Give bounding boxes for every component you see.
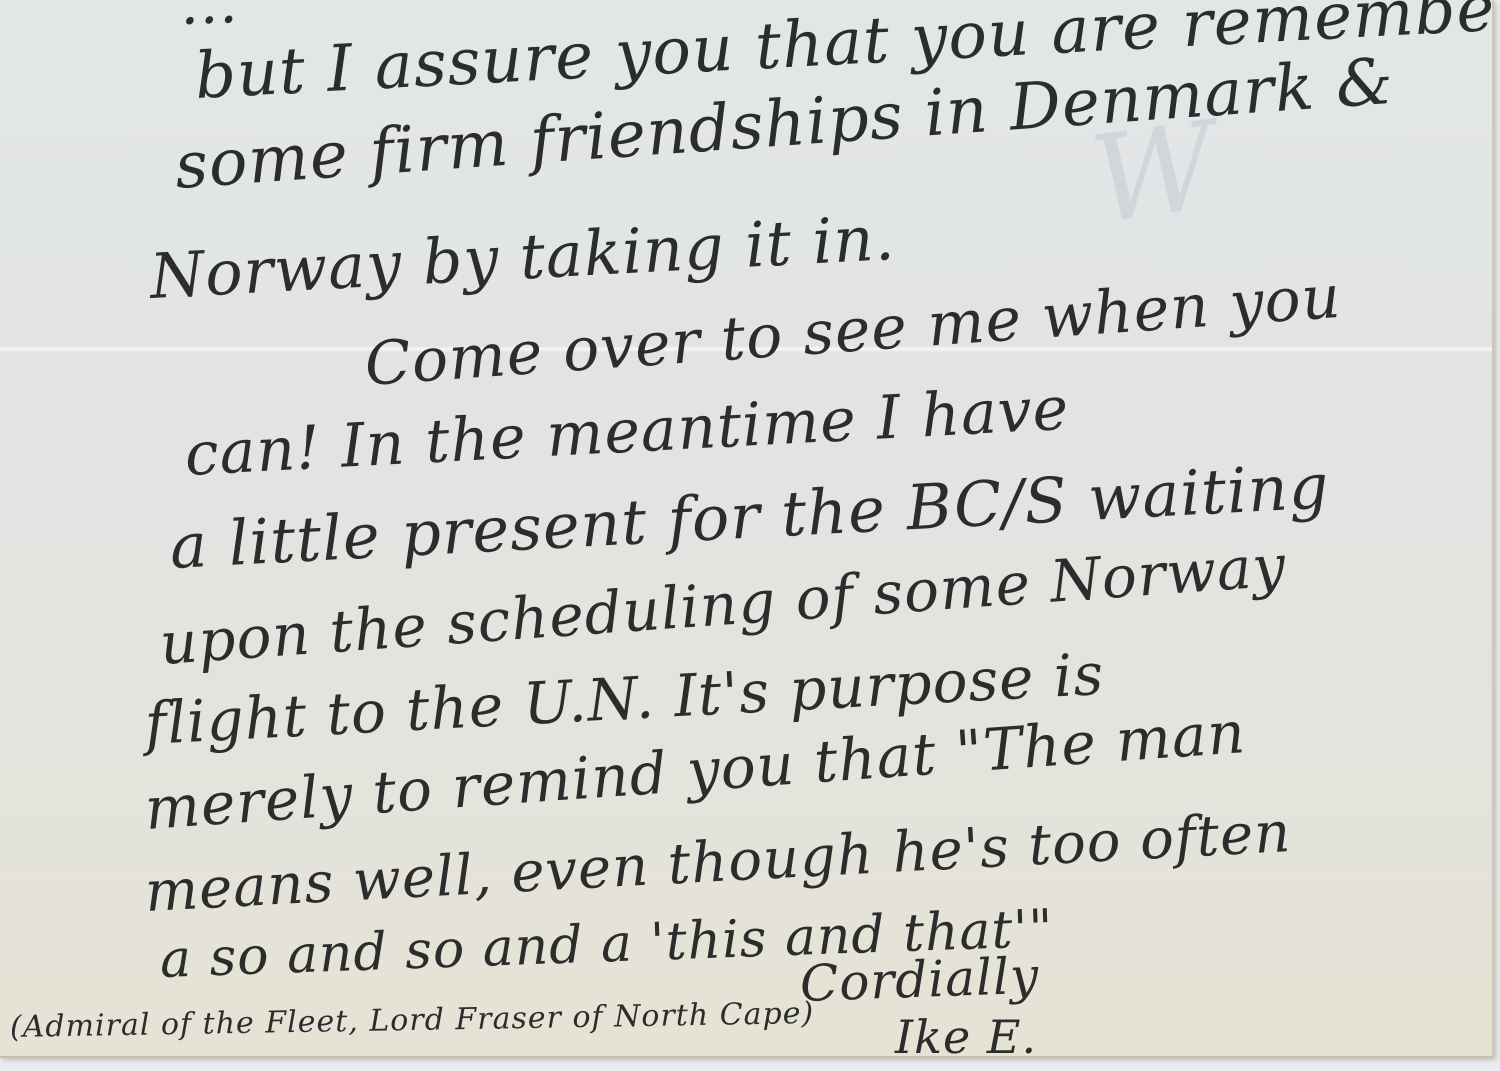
parenthetical-note: (Admiral of the Fleet, Lord Fraser of No… bbox=[10, 996, 815, 1045]
letter-line-0: ... bbox=[179, 0, 240, 38]
letter-line-3: Norway by taking it in. bbox=[148, 201, 897, 313]
closing-salutation: Cordially bbox=[799, 947, 1040, 1013]
letter-page: W ... but I assure you that you are reme… bbox=[0, 0, 1494, 1058]
signature: Ike E. bbox=[895, 1010, 1037, 1064]
